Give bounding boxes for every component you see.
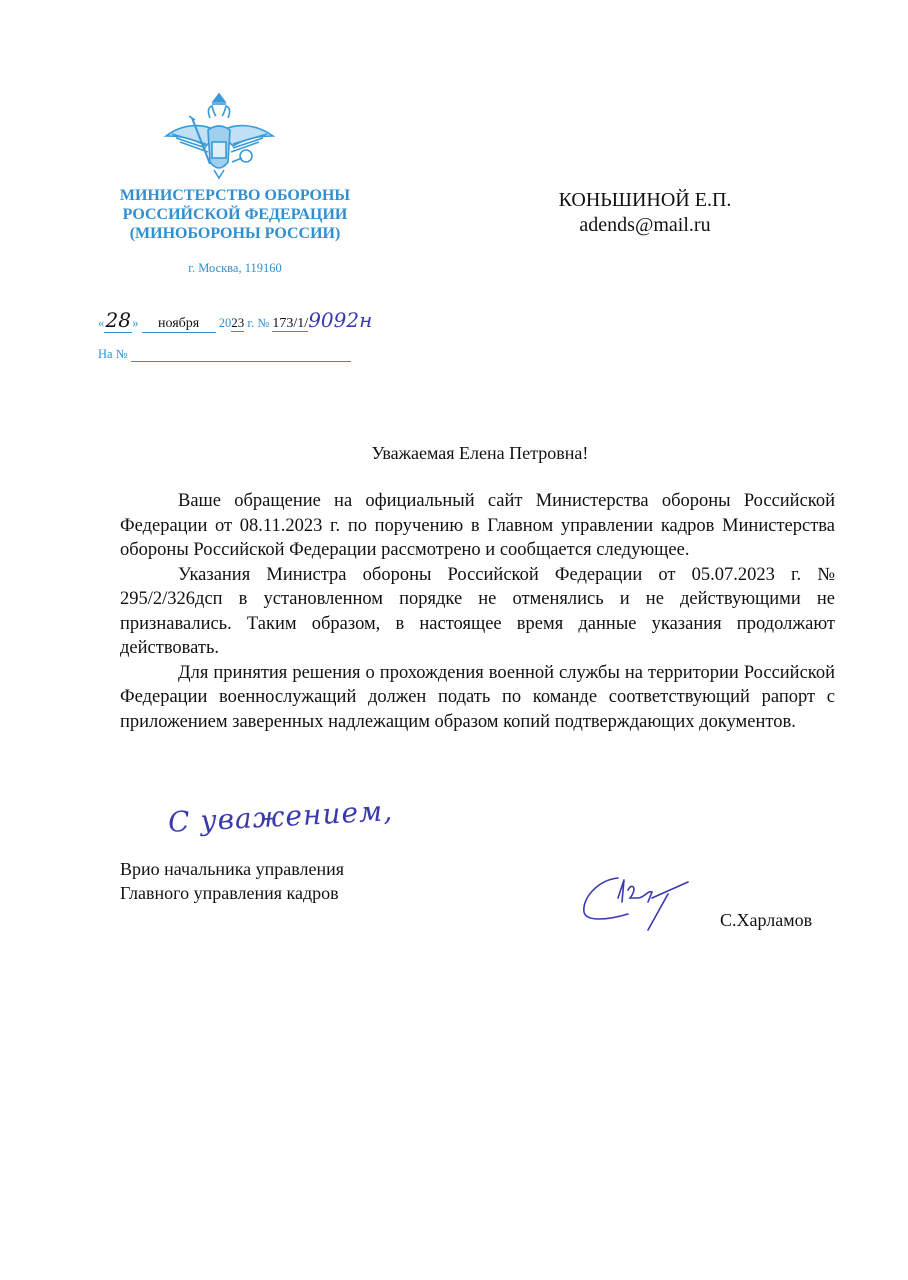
eagle-emblem-icon <box>162 92 277 182</box>
number-prefix: 173/1/ <box>272 316 308 332</box>
year-prefix: 20 <box>219 316 232 330</box>
ministry-name: МИНИСТЕРСТВО ОБОРОНЫ РОССИЙСКОЙ ФЕДЕРАЦИ… <box>100 186 370 243</box>
position-line: Врио начальника управления <box>120 857 344 881</box>
recipient-name: КОНЬШИНОЙ Е.П. <box>520 188 770 213</box>
reply-label: На № <box>98 347 128 361</box>
registration-month: ноября <box>142 316 216 333</box>
handwritten-closing: С уважением, <box>167 794 394 839</box>
body-paragraph: Ваше обращение на официальный сайт Минис… <box>120 489 835 563</box>
ministry-name-line: МИНИСТЕРСТВО ОБОРОНЫ <box>100 186 370 205</box>
signatory-name: С.Харламов <box>720 910 812 931</box>
number-handwritten: 9092н <box>308 308 372 332</box>
close-quote: » <box>132 316 138 330</box>
letter-page: МИНИСТЕРСТВО ОБОРОНЫ РОССИЙСКОЙ ФЕДЕРАЦИ… <box>0 0 908 1280</box>
body-paragraph: Для принятия решения о прохождения военн… <box>120 661 835 735</box>
ministry-address: г. Москва, 119160 <box>100 261 370 276</box>
recipient-block: КОНЬШИНОЙ Е.П. adends@mail.ru <box>520 188 770 238</box>
letter-body: Ваше обращение на официальный сайт Минис… <box>120 489 835 734</box>
signature-icon <box>578 868 718 938</box>
position-line: Главного управления кадров <box>120 881 344 905</box>
registration-day: 28 <box>104 308 132 333</box>
signatory-position: Врио начальника управления Главного упра… <box>120 857 344 905</box>
registration-number: 173/1/9092н <box>272 308 372 332</box>
year-label: г. № <box>247 316 269 330</box>
registration-line: «28» ноября 2023 г. № 173/1/9092н <box>98 308 372 333</box>
reply-number-blank <box>131 349 351 362</box>
reply-to-line: На № <box>98 347 351 362</box>
body-paragraph: Указания Министра обороны Российской Фед… <box>120 563 835 661</box>
year-suffix: 23 <box>231 315 244 332</box>
greeting: Уважаемая Елена Петровна! <box>0 443 908 464</box>
recipient-email: adends@mail.ru <box>520 213 770 238</box>
ministry-name-line: РОССИЙСКОЙ ФЕДЕРАЦИИ <box>100 205 370 224</box>
ministry-name-line: (МИНОБОРОНЫ РОССИИ) <box>100 224 370 243</box>
